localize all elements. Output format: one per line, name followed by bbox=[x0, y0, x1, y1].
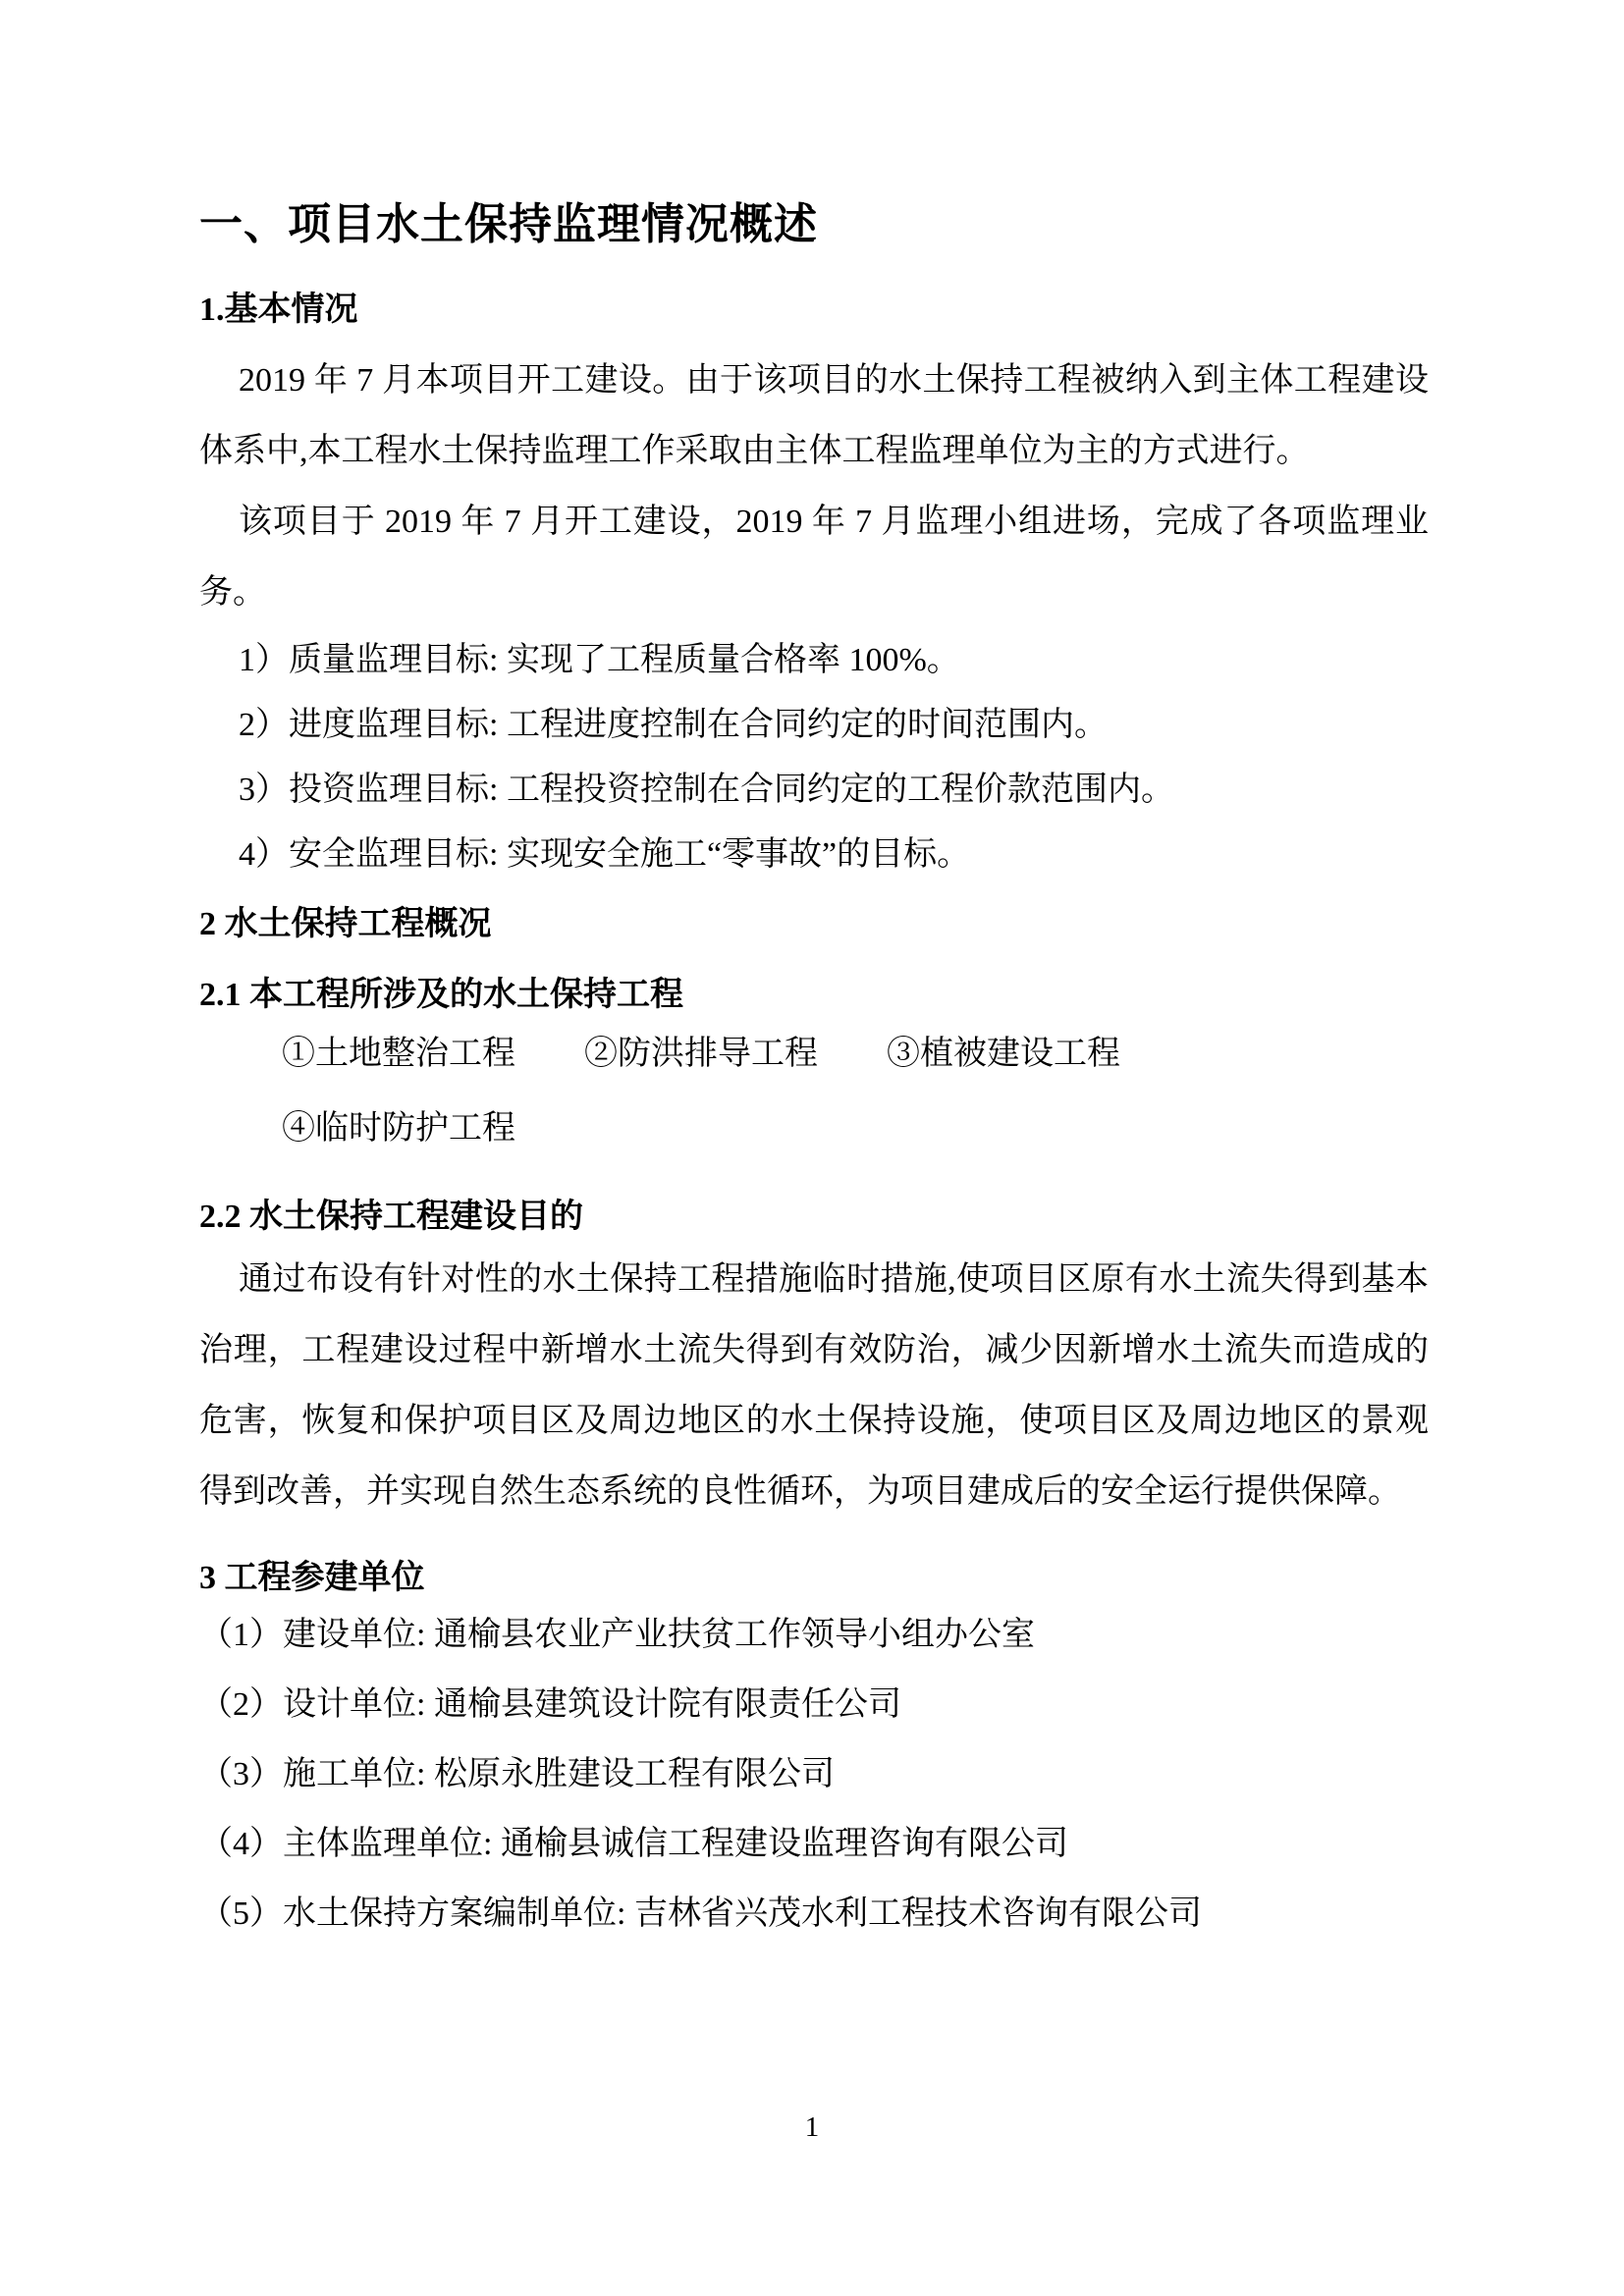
document-content: 一、项目水土保持监理情况概述 1.基本情况 2019 年 7 月本项目开工建设。… bbox=[199, 0, 1429, 1949]
document-page: 一、项目水土保持监理情况概述 1.基本情况 2019 年 7 月本项目开工建设。… bbox=[0, 0, 1624, 2296]
section-1-heading: 1.基本情况 bbox=[199, 289, 1429, 332]
works-row-1: ①土地整治工程 ②防洪排导工程 ③植被建设工程 bbox=[199, 1017, 1429, 1092]
goal-safety: 4）安全监理目标: 实现安全施工“零事故”的目标。 bbox=[199, 823, 1429, 887]
unit-design: （2）设计单位: 通榆县建筑设计院有限责任公司 bbox=[199, 1670, 1429, 1739]
unit-contractor: （3）施工单位: 松原永胜建设工程有限公司 bbox=[199, 1739, 1429, 1809]
works-item-temporary-protection: ④临时防护工程 bbox=[282, 1092, 515, 1166]
page-number: 1 bbox=[0, 2110, 1624, 2144]
works-item-land-remediation: ①土地整治工程 bbox=[282, 1017, 515, 1092]
works-item-vegetation: ③植被建设工程 bbox=[887, 1017, 1120, 1092]
para-schedule: 该项目于 2019 年 7 月开工建设，2019 年 7 月监理小组进场，完成了… bbox=[199, 487, 1429, 628]
unit-plan-compilation: （5）水土保持方案编制单位: 吉林省兴茂水利工程技术咨询有限公司 bbox=[199, 1879, 1429, 1949]
para-opening: 2019 年 7 月本项目开工建设。由于该项目的水土保持工程被纳入到主体工程建设… bbox=[199, 346, 1429, 487]
section-2-2-heading: 2.2 水土保持工程建设目的 bbox=[199, 1196, 1429, 1239]
para-purpose: 通过布设有针对性的水土保持工程措施临时措施,使项目区原有水土流失得到基本治理，工… bbox=[199, 1245, 1429, 1527]
unit-construction: （1）建设单位: 通榆县农业产业扶贫工作领导小组办公室 bbox=[199, 1600, 1429, 1670]
doc-title: 一、项目水土保持监理情况概述 bbox=[199, 196, 1429, 253]
works-row-2: ④临时防护工程 bbox=[199, 1092, 1429, 1166]
goal-investment: 3）投资监理目标: 工程投资控制在合同约定的工程价款范围内。 bbox=[199, 758, 1429, 823]
section-3-heading: 3 工程参建单位 bbox=[199, 1557, 1429, 1600]
works-item-flood-drainage: ②防洪排导工程 bbox=[584, 1017, 818, 1092]
goal-quality: 1）质量监理目标: 实现了工程质量合格率 100%。 bbox=[199, 628, 1429, 693]
section-2-heading: 2 水土保持工程概况 bbox=[199, 903, 1429, 946]
goal-progress: 2）进度监理目标: 工程进度控制在合同约定的时间范围内。 bbox=[199, 693, 1429, 758]
section-2-1-heading: 2.1 本工程所涉及的水土保持工程 bbox=[199, 974, 1429, 1017]
unit-main-supervision: （4）主体监理单位: 通榆县诚信工程建设监理咨询有限公司 bbox=[199, 1809, 1429, 1879]
